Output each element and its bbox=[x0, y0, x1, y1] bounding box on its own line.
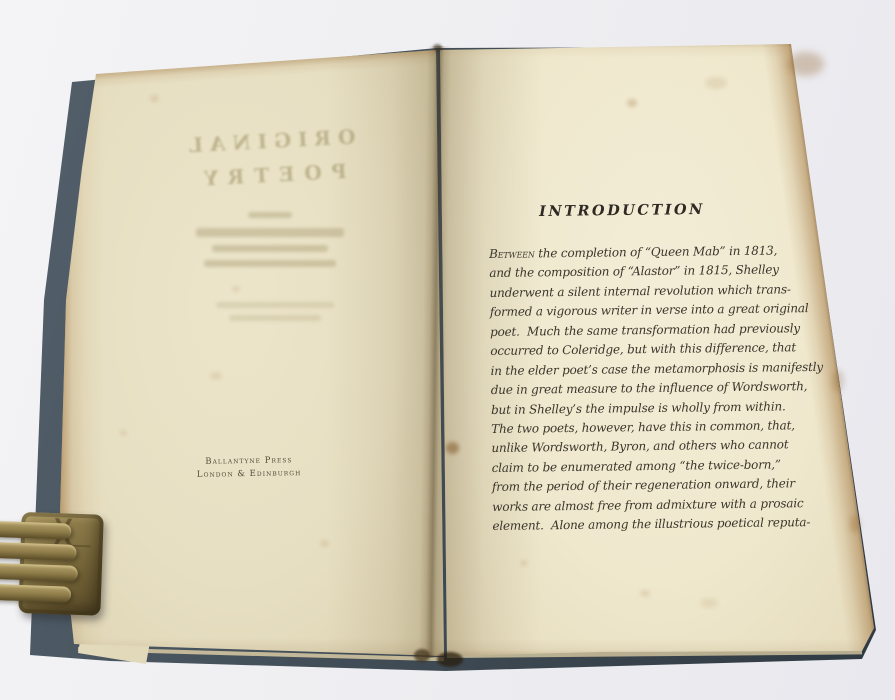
paragraph-line: element. Alone among the illustrious poe… bbox=[492, 513, 792, 536]
foxing-spot bbox=[850, 515, 860, 533]
showthrough-blur-line bbox=[212, 245, 328, 252]
foxing-spot bbox=[446, 442, 459, 454]
clip-finger bbox=[0, 563, 78, 582]
gutter-speck bbox=[433, 44, 442, 51]
page-edge-tint bbox=[90, 49, 443, 103]
showthrough-blur-lines bbox=[190, 212, 350, 267]
foxing-spot bbox=[700, 598, 718, 608]
showthrough-blur-line bbox=[216, 302, 334, 308]
foxing-spot bbox=[788, 52, 824, 76]
foxing-spot bbox=[210, 372, 222, 380]
clip-finger bbox=[0, 584, 71, 603]
gutter-speck bbox=[414, 649, 430, 662]
clip-finger bbox=[0, 542, 77, 561]
intro-paragraph: Between the completion of “Queen Mab” in… bbox=[489, 241, 793, 536]
showthrough-title: ORIGINAL POETRY bbox=[160, 118, 378, 197]
paragraph-line-text: the completion of “Queen Mab” in 1813, bbox=[535, 243, 778, 260]
printer-imprint: Ballantyne Press London & Edinburgh bbox=[149, 453, 349, 482]
foxing-spot bbox=[150, 95, 159, 102]
foxing-spot bbox=[232, 286, 240, 292]
foxing-spot bbox=[520, 560, 528, 566]
showthrough-blur-line bbox=[204, 260, 336, 267]
brass-hand-clip bbox=[0, 509, 112, 621]
showthrough-blur-line bbox=[229, 315, 321, 321]
foxing-spot bbox=[320, 540, 329, 547]
book-photo: ORIGINAL POETRY Ballantyne Press London … bbox=[0, 0, 895, 700]
showthrough-blur-lines bbox=[205, 302, 345, 321]
clip-finger bbox=[0, 521, 71, 540]
showthrough-blur-line bbox=[248, 212, 292, 218]
gutter-speck bbox=[437, 652, 463, 667]
showthrough-blur-line bbox=[196, 228, 344, 237]
foxing-spot bbox=[627, 99, 637, 107]
opening-word: Between bbox=[489, 246, 535, 261]
foxing-spot bbox=[640, 590, 650, 597]
foxing-spot bbox=[832, 370, 844, 392]
foxing-spot bbox=[120, 430, 127, 436]
foxing-spot bbox=[705, 77, 727, 89]
